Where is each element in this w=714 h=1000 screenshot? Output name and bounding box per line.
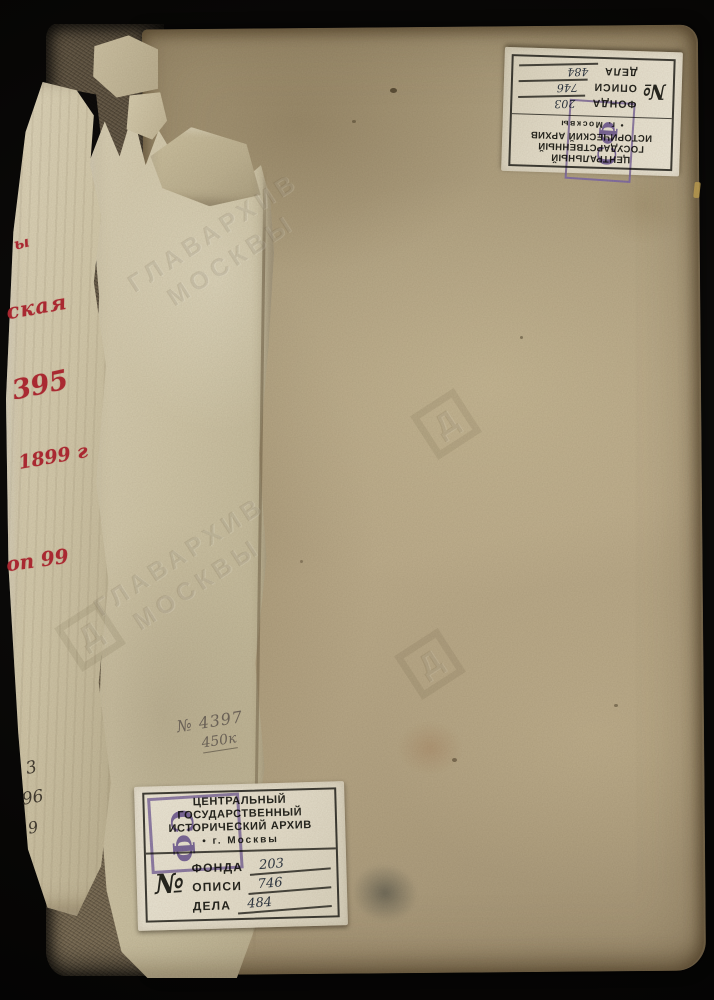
speck (520, 336, 523, 339)
archive-label-border: ЦЕНТРАЛЬНЫЙ ГОСУДАРСТВЕННЫЙ ИСТОРИЧЕСКИЙ… (142, 787, 340, 922)
speck (352, 120, 356, 123)
speck (614, 704, 618, 707)
cover-edge-tear (693, 182, 701, 199)
sf-stamp-letters: СФ (592, 119, 624, 166)
numero-sign: № (643, 79, 666, 104)
sf-ink-stamp: СФ (565, 99, 636, 183)
delo-row: ДЕЛА 484 (192, 891, 331, 913)
delo-value: 484 (519, 63, 598, 80)
opis-value: 746 (519, 79, 588, 95)
archive-label-top: ЦЕНТРАЛЬНЫЙ ГОСУДАРСТВЕННЫЙ ИСТОРИЧЕСКИЙ… (501, 47, 683, 176)
archival-photo-scan: ГЛАВАРХИВМОСКВЫ ГЛАВАРХИВМОСКВЫ Д Д Д Д … (0, 0, 714, 1000)
speck (390, 88, 397, 93)
archive-label-border: ЦЕНТРАЛЬНЫЙ ГОСУДАРСТВЕННЫЙ ИСТОРИЧЕСКИЙ… (508, 54, 675, 171)
delo-label: ДЕЛА (604, 65, 638, 78)
opis-label: ОПИСИ (593, 81, 637, 94)
archive-label-bottom: ЦЕНТРАЛЬНЫЙ ГОСУДАРСТВЕННЫЙ ИСТОРИЧЕСКИЙ… (134, 781, 348, 930)
delo-label: ДЕЛА (193, 898, 232, 913)
spine-ink-note: 96 (20, 786, 45, 809)
stain (398, 722, 462, 774)
speck (300, 560, 303, 563)
sf-ink-stamp: СФ (147, 792, 244, 874)
sf-stamp-letters: СФ (163, 808, 201, 864)
speck (452, 758, 457, 762)
opis-label: ОПИСИ (192, 879, 242, 894)
